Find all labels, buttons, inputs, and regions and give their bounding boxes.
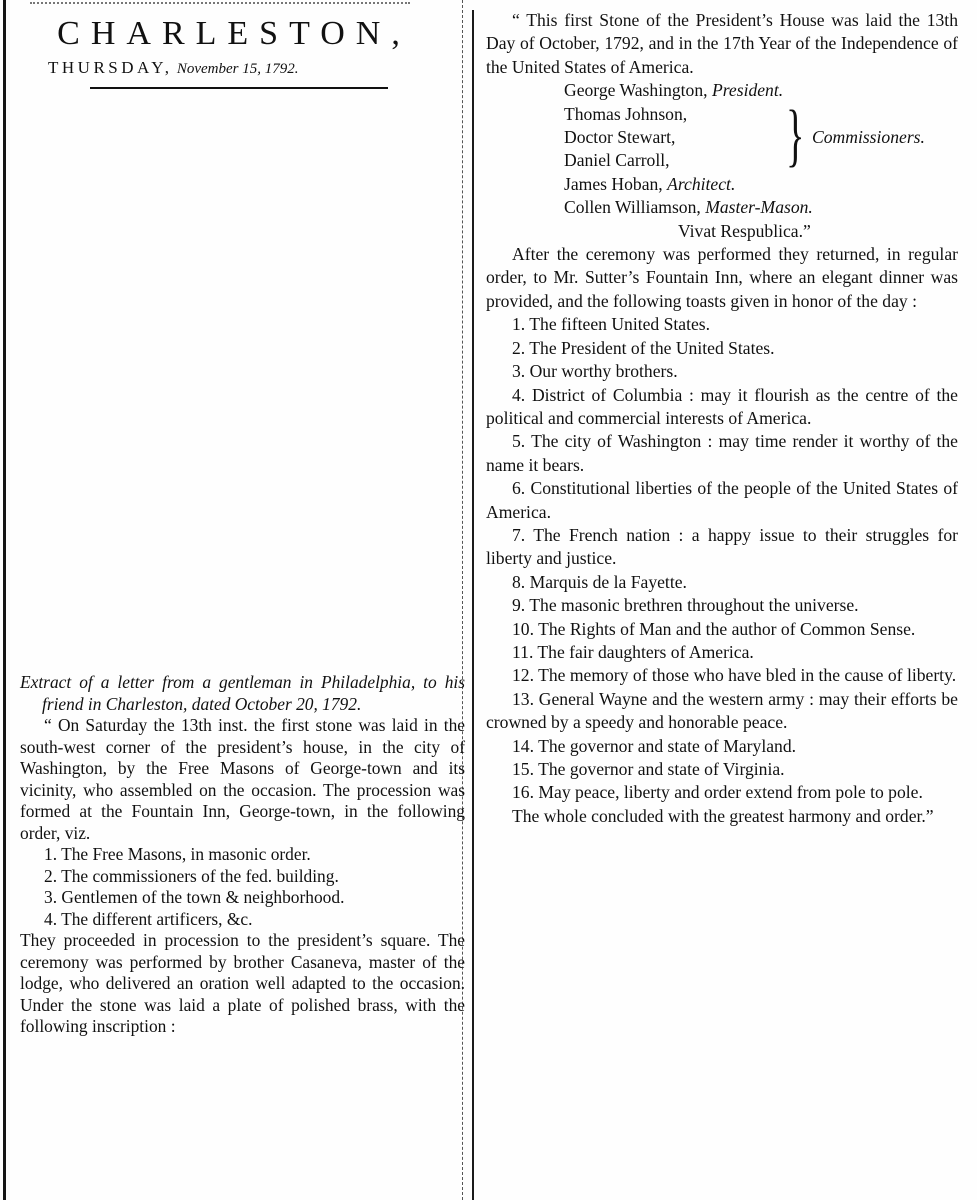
signature-master-mason: Collen Williamson, Master-Mason. <box>564 196 958 219</box>
toast-item: 9. The masonic brethren throughout the u… <box>486 594 958 617</box>
toast-item: 12. The memory of those who have bled in… <box>486 664 958 687</box>
signature-role: Master-Mason. <box>705 197 813 217</box>
curly-brace-icon: } <box>786 101 804 171</box>
toast-item: 2. The President of the United States. <box>486 337 958 360</box>
toast-item: 3. Our worthy brothers. <box>486 360 958 383</box>
vivat-respublica: Vivat Respublica.” <box>486 220 958 243</box>
commissioners-group: Thomas Johnson, Doctor Stewart, Daniel C… <box>564 103 958 173</box>
article-paragraph: They proceeded in procession to the pres… <box>20 930 465 1038</box>
toast-item: 1. The fifteen United States. <box>486 313 958 336</box>
article-paragraph: After the ceremony was performed they re… <box>486 243 958 313</box>
column-divider-rule <box>472 10 474 1200</box>
right-column-article: “ This first Stone of the President’s Ho… <box>486 9 958 828</box>
procession-item: 2. The commissioners of the fed. buildin… <box>20 866 465 888</box>
inscription-text: “ This first Stone of the President’s Ho… <box>486 9 958 79</box>
article-intro: Extract of a letter from a gentleman in … <box>20 672 465 715</box>
inscription-signatures: George Washington, President. Thomas Joh… <box>486 79 958 219</box>
toast-item: 11. The fair daughters of America. <box>486 641 958 664</box>
signature-name: James Hoban, <box>564 174 663 194</box>
toast-item: 4. District of Columbia : may it flouris… <box>486 384 958 431</box>
procession-item: 4. The different artificers, &c. <box>20 909 465 931</box>
signature-architect: James Hoban, Architect. <box>564 173 958 196</box>
toast-item: 13. General Wayne and the western army :… <box>486 688 958 735</box>
signature-role: President. <box>712 80 783 100</box>
masthead-day: THURSDAY, <box>48 58 173 77</box>
signature-name: George Washington, <box>564 80 708 100</box>
masthead-dateline: THURSDAY, November 15, 1792. <box>48 57 468 80</box>
article-paragraph: “ On Saturday the 13th inst. the first s… <box>20 715 465 844</box>
left-column-article: Extract of a letter from a gentleman in … <box>20 672 465 1038</box>
signature-commissioner: Thomas Johnson, <box>564 103 958 126</box>
toast-item: 15. The governor and state of Virginia. <box>486 758 958 781</box>
closing-paragraph: The whole concluded with the greatest ha… <box>486 805 958 828</box>
procession-item: 3. Gentlemen of the town & neighborhood. <box>20 887 465 909</box>
masthead-title: CHARLESTON, <box>10 14 458 54</box>
toast-item: 8. Marquis de la Fayette. <box>486 571 958 594</box>
toast-item: 14. The governor and state of Maryland. <box>486 735 958 758</box>
toast-item: 5. The city of Washington : may time ren… <box>486 430 958 477</box>
toast-item: 16. May peace, liberty and order extend … <box>486 781 958 804</box>
toast-item: 7. The French nation : a happy issue to … <box>486 524 958 571</box>
toast-item: 10. The Rights of Man and the author of … <box>486 618 958 641</box>
signature-role: Architect. <box>667 174 735 194</box>
masthead-underline <box>90 87 388 89</box>
masthead-top-ornament <box>30 2 410 7</box>
signature-president: George Washington, President. <box>564 79 958 102</box>
toast-item: 6. Constitutional liberties of the peopl… <box>486 477 958 524</box>
commissioners-role: Commissioners. <box>812 126 925 149</box>
signature-name: Collen Williamson, <box>564 197 701 217</box>
newspaper-page: CHARLESTON, THURSDAY, November 15, 1792.… <box>0 0 977 1200</box>
procession-item: 1. The Free Masons, in masonic order. <box>20 844 465 866</box>
signature-commissioner: Daniel Carroll, <box>564 149 958 172</box>
left-border-rule <box>3 0 6 1200</box>
masthead-date: November 15, 1792. <box>177 61 299 77</box>
